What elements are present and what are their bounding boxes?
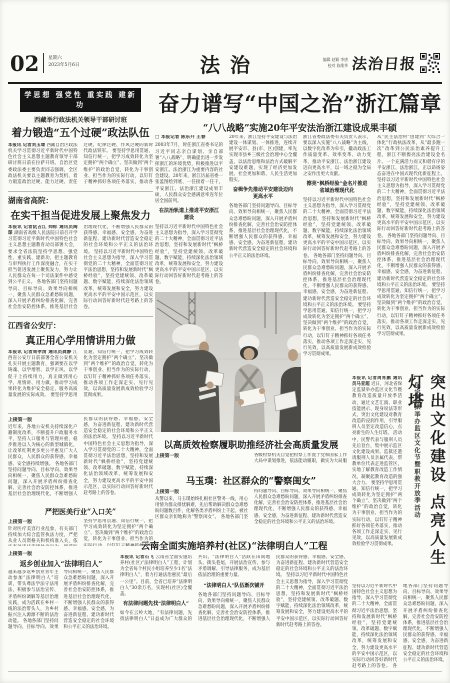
article-body: 上接第一版 从警以来，马玉璞始终扎根社区警务一线，用心用情为群众排忧解难，先后帮…: [155, 489, 347, 533]
continued-label: 上接第一版: [155, 453, 248, 460]
article-headline: 返乡创业加入“法律明白人”: [8, 558, 114, 568]
article-baoding-prison: 突出文化建设 点亮人生灯塔 保定监狱举办监区文化节暨职教开放季活动 本报讯 记者…: [352, 374, 448, 678]
article-headline: 在实干担当促进发展上聚焦发力: [8, 207, 153, 222]
photo-illustration: [155, 292, 301, 432]
article-headline: 以高质效检察履职助推经济社会高质量发展: [155, 437, 347, 451]
date: 2023年5月6日: [48, 63, 79, 70]
continued-label: 上接第一版: [8, 550, 114, 557]
staff-credits: 编辑 赵颖 李唐 校对 陈维华: [323, 57, 348, 69]
article-continued-procuratorate: 以高质效检察履职助推经济社会高质量发展 上接第一版 各级检察机关自觉把检察工作置…: [155, 437, 347, 473]
date-block: 星期六 2023年5月6日: [48, 56, 79, 70]
article-body: 本报讯 记者阮占江 帅标 通讯员陶琛 湖南省高级人民法院日前召开学习贯彻习近平新…: [8, 225, 153, 313]
continued-label: 上接第一版: [8, 519, 78, 526]
article-tibet: 学思想 强党性 重实践 建新功 西藏举行政法机关领导干部研讨班 着力锻造“五个过…: [8, 88, 153, 188]
continued-label: 上接第一版: [8, 417, 78, 424]
article-continued-fanxiang: 上接第一版 返乡创业加入“法律明白人” 越来越多返乡创业青年主动参加“法律明白人…: [8, 550, 114, 664]
qr-code-icon: [420, 53, 440, 73]
article-headline: 着力锻造“五个过硬”政法队伍: [8, 125, 153, 140]
byline: □ 本报记者 陈东升 王春: [155, 135, 223, 141]
vertical-subtitle: 保定监狱举办监区文化节暨职教开放季活动: [412, 382, 421, 562]
proofreader-credit: 校对 陈维华: [323, 63, 348, 69]
article-body: 本报讯 记者石飞 云南省全面实施培养村(社区)“法律明白人”工程，计划为全省每个…: [120, 555, 348, 663]
page-number-block: 02 星期六 2023年5月6日: [10, 53, 80, 74]
subheadline: 在法治轨道上推进平安浙江建设: [157, 208, 221, 222]
article-headline: 真正用心学用情讲用力做: [8, 332, 153, 347]
article-body: 本报讯 记者刘玉璟 西藏自治区政法机关学习贯彻习近平新时代中国特色社会主义思想主…: [8, 143, 153, 188]
main-column-2: 20年来，浙江坚持平安建设与法治建设一体谋划、一体推进，连续开展平安市、县(市、…: [229, 135, 297, 291]
header-rule: [8, 82, 442, 84]
main-subtitle: “八八战略”实施20年平安法治浙江建设成果丰硕: [155, 121, 445, 134]
main-column-4: 从“民主法治村”创建到“大综合一体化”行政执法改革，从“最多跑一次”改革到公民法…: [377, 135, 445, 371]
subheadline: 擦亮“枫桥经验”金名片推进省域治理现代化: [305, 181, 369, 195]
article-body-lower: 坚持以习近平新时代中国特色社会主义思想为指导，深入学习贯彻党的二十大精神，全面贯…: [352, 584, 448, 678]
article-headline: 马玉璞：社区群众的“警察闺女”: [155, 473, 347, 487]
article-jiangxi: 江西省公安厅： 真正用心学用情讲用力做 本报讯 记者周孝清 通讯员龚静 江西省公…: [8, 320, 153, 410]
subheadline: 有法律问题先找“法律明白人”: [122, 601, 190, 608]
article-continued-hukou: 上接第一版 近年来，各地公安机关持续深化户籍制度改革，不断提升户政服务水平，坚持…: [8, 417, 153, 505]
article-kicker: 西藏举行政法机关领导干部研讨班: [8, 115, 153, 124]
newspaper-page: 02 星期六 2023年5月6日 法治 编辑 赵颖 李唐 校对 陈维华 法治日报: [0, 0, 450, 683]
left-column: 学思想 强党性 重实践 建新功 西藏举行政法机关领导干部研讨班 着力锻造“五个过…: [8, 88, 153, 546]
article-body: 上接第一版 近年来，各地公安机关持续深化户籍制度改革，不断提升户政服务水平，坚持…: [8, 417, 153, 505]
main-headline: 奋力谱写“中国之治”浙江篇章: [155, 88, 445, 118]
article-body-upper: 本报讯 记者周宵鹏 通讯员马亚超 近日，河北省保定监狱举办监区文化节暨教育改造质…: [352, 376, 402, 578]
article-body: 本报讯 记者周孝清 通讯员龚静 江西省公安厅日前部署全省公安机关扎实开展主题教育…: [8, 350, 153, 410]
article-body: 上接第一版 各级检察机关自觉把检察工作置于党和国家工作大局中谋划推进，依法能动履…: [155, 453, 347, 473]
divider: [8, 191, 153, 192]
divider: [8, 316, 153, 317]
continued-label: 上接第一版: [155, 489, 248, 496]
main-column-1: □ 本报记者 陈东升 王春 2003年7月，时任浙江省委书记的习近平同志亲自谋划…: [155, 135, 223, 291]
news-photo-construction-site: [155, 292, 301, 432]
weekday: 星期六: [48, 56, 79, 63]
section-title: 法治: [190, 49, 260, 78]
article-kicker: 湖南省高院：: [8, 195, 153, 206]
subheadline: 奋楫争先推动平安建设迈向更高水平: [231, 187, 295, 201]
divider: [8, 413, 153, 414]
page-header: 02 星期六 2023年5月6日 法治 编辑 赵颖 李唐 校对 陈维华 法治日报: [10, 46, 440, 80]
article-kicker: 江西省公安厅：: [8, 320, 153, 331]
article-hunan: 湖南省高院： 在实干担当促进发展上聚焦发力 本报讯 记者阮占江 帅标 通讯员陶琛…: [8, 195, 153, 313]
page-number: 02: [10, 53, 39, 74]
header-divider: [43, 53, 44, 73]
article-headline: 云南全面实施培养村(社区)“法律明白人”工程: [120, 538, 348, 552]
bottom-rule: [8, 671, 442, 672]
article-body: 越来越多返乡创业青年主动参加“法律明白人”培训，带头尊法学法守法用法，积极参与法…: [8, 570, 114, 664]
subheadline: “法律明白人”队伍渐次铺开: [200, 583, 268, 590]
article-yunnan: 云南全面实施培养村(社区)“法律明白人”工程 本报讯 记者石飞 云南省全面实施培…: [120, 538, 348, 663]
theme-banner: 学思想 强党性 重实践 建新功: [20, 88, 141, 112]
vertical-headline: 突出文化建设 点亮人生灯塔: [404, 374, 448, 576]
article-continued-mayupu: 马玉璞：社区群众的“警察闺女” 上接第一版 从警以来，马玉璞始终扎根社区警务一线…: [155, 473, 347, 533]
masthead-logo: 法治日报: [351, 53, 417, 74]
masthead-block: 编辑 赵颖 李唐 校对 陈维华 法治日报: [323, 53, 440, 74]
article-headline: 严把医美行业“入口关”: [8, 507, 153, 517]
